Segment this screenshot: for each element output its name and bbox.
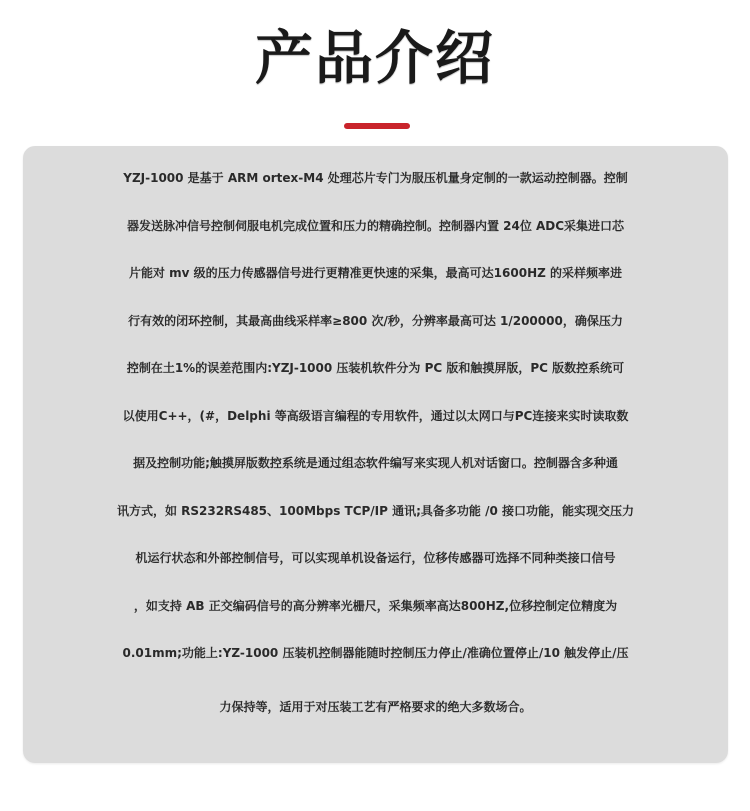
- description-line: 0.01mm;功能上:YZ-1000 压装机控制器能随时控制压力停止/准确位置停…: [23, 630, 728, 678]
- title-accent-divider: [344, 123, 410, 129]
- description-line: 力保持等，适用于对压装工艺有严格要求的绝大多数场合。: [23, 684, 728, 732]
- description-line: 控制在土1%的误差范围内:YZJ-1000 压装机软件分为 PC 版和触摸屏版，…: [23, 345, 728, 393]
- description-text: YZJ-1000 是基于 ARM ortex-M4 处理芯片专门为服压机量身定制…: [23, 155, 728, 731]
- description-line: 据及控制功能;触摸屏版数控系统是通过组态软件编写来实现人机对话窗口。控制器含多种…: [23, 440, 728, 488]
- description-line: ，如支持 AB 正交编码信号的高分辨率光栅尺，采集频率高达800HZ,位移控制定…: [23, 583, 728, 631]
- description-line: YZJ-1000 是基于 ARM ortex-M4 处理芯片专门为服压机量身定制…: [23, 155, 728, 203]
- page-title: 产品介绍: [0, 20, 750, 96]
- description-line: 器发送脉冲信号控制伺服电机完成位置和压力的精确控制。控制器内置 24位 ADC采…: [23, 203, 728, 251]
- description-line: 片能对 mv 级的压力传感器信号进行更精准更快速的采集，最高可达1600HZ 的…: [23, 250, 728, 298]
- description-line: 行有效的闭环控制，其最高曲线采样率≥800 次/秒，分辨率最高可达 1/2000…: [23, 298, 728, 346]
- description-line: 以使用C++，(#，Delphi 等高级语言编程的专用软件，通过以太网口与PC连…: [23, 393, 728, 441]
- description-line: 讯方式，如 RS232RS485、100Mbps TCP/IP 通讯;具备多功能…: [23, 488, 728, 536]
- description-line: 机运行状态和外部控制信号，可以实现单机设备运行，位移传感器可选择不同种类接口信号: [23, 535, 728, 583]
- product-description-card: YZJ-1000 是基于 ARM ortex-M4 处理芯片专门为服压机量身定制…: [23, 146, 728, 763]
